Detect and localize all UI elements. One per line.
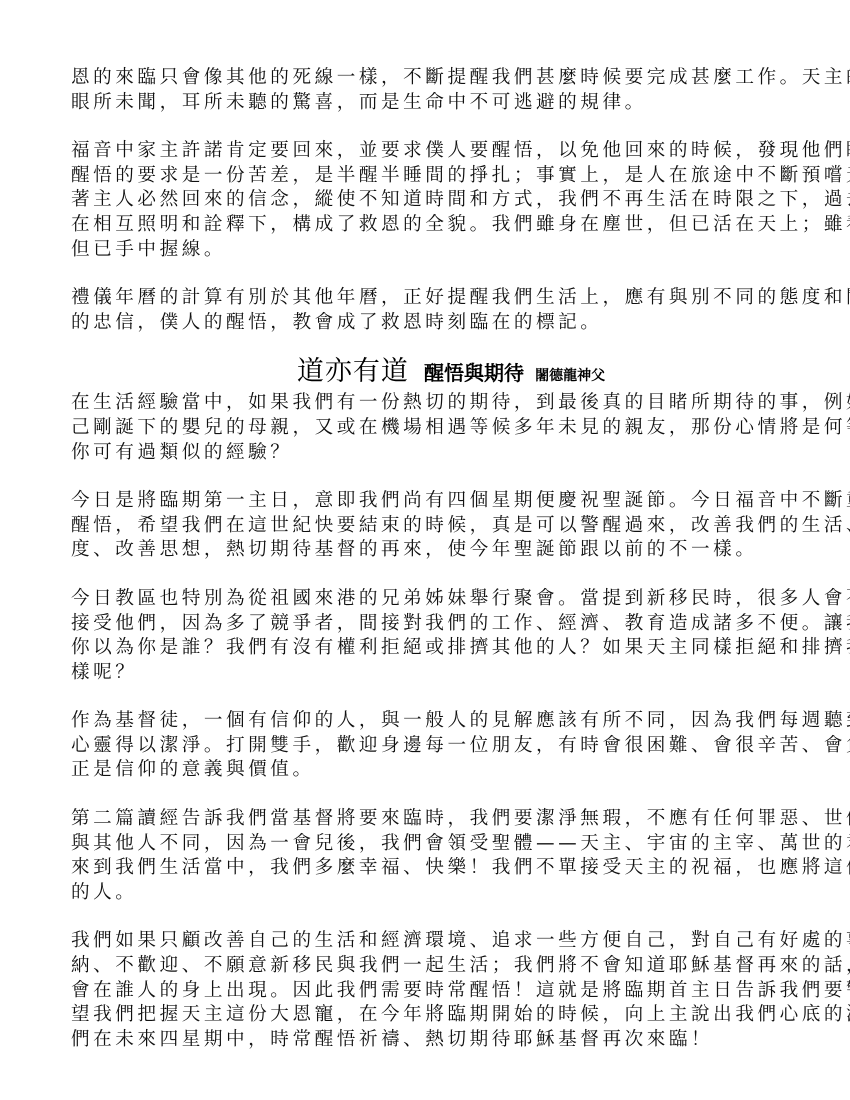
text-line: 的人。 — [71, 881, 791, 906]
article-paragraph-3: 今日教區也特別為從祖國來港的兄弟姊妹舉行聚會。當提到新移民時，很多人會不開心，不… — [71, 587, 791, 685]
text-line: 己剛誕下的嬰兒的母親，又或在機場相遇等候多年未見的親友，那份心情將是何等的激動！… — [71, 416, 791, 441]
text-line: 度、改善思想，熱切期待基督的再來，使今年聖誕節跟以前的不一樣。 — [71, 538, 791, 563]
column-title: 道亦有道 — [297, 356, 409, 387]
text-line: 第二篇讀經告訴我們當基督將要來臨時，我們要潔淨無瑕，不應有任何罪惡、世俗的思想。… — [71, 807, 791, 832]
article-paragraph-4: 作為基督徒，一個有信仰的人，與一般人的見解應該有所不同，因為我們每週聽到天主的說… — [71, 709, 791, 783]
text-line: 接受他們，因為多了競爭者，間接對我們的工作、經濟、教育造成諸多不便。讓我們撫心自… — [71, 612, 791, 637]
article-body: 在生活經驗當中，如果我們有一份熱切的期待，到最後真的目睹所期待的事，例如在產房目… — [71, 391, 791, 1052]
text-line: 著主人必然回來的信念，縱使不知道時間和方式，我們不再生活在時限之下，過去、現在和… — [71, 188, 791, 213]
intro-paragraph-3: 禮儀年曆的計算有別於其他年曆，正好提醒我們生活上，應有與別不同的態度和關注。因著… — [71, 286, 791, 335]
text-line: 心靈得以潔淨。打開雙手，歡迎身邊每一位朋友，有時會很困難、會很辛苦、會負擔很重，… — [71, 734, 791, 759]
text-line: 醒悟的要求是一份苦差，是半醒半睡間的掙扎；事實上，是人在旅途中不斷預嚐天國的圓滿… — [71, 164, 791, 189]
text-line: 來到我們生活當中，我們多麼幸福、快樂！我們不單接受天主的祝福，也應將這份祝福帶給… — [71, 856, 791, 881]
document-page: 恩的來臨只會像其他的死線一樣，不斷提醒我們甚麼時候要完成甚麼工作。天主的忠信，再… — [71, 66, 791, 1076]
text-line: 醒悟，希望我們在這世紀快要結束的時候，真是可以警醒過來，改善我們的生活、改善做人… — [71, 514, 791, 539]
text-line: 禮儀年曆的計算有別於其他年曆，正好提醒我們生活上，應有與別不同的態度和關注。因著… — [71, 286, 791, 311]
text-line: 恩的來臨只會像其他的死線一樣，不斷提醒我們甚麼時候要完成甚麼工作。天主的忠信，再… — [71, 66, 791, 91]
text-line: 福音中家主許諾肯定要回來，並要求僕人要醒悟，以免他回來的時候，發現他們睡覺。表面… — [71, 139, 791, 164]
text-line: 納、不歡迎、不願意新移民與我們一起生活；我們將不會知道耶穌基督再來的話，祂會在何… — [71, 954, 791, 979]
text-line: 會在誰人的身上出現。因此我們需要時常醒悟！這就是將臨期首主日告訴我們要警醒的原因… — [71, 979, 791, 1004]
text-line: 在生活經驗當中，如果我們有一份熱切的期待，到最後真的目睹所期待的事，例如在產房目… — [71, 391, 791, 416]
intro-paragraph-2: 福音中家主許諾肯定要回來，並要求僕人要醒悟，以免他回來的時候，發現他們睡覺。表面… — [71, 139, 791, 262]
text-line: 眼所未聞，耳所未聽的驚喜，而是生命中不可逃避的規律。 — [71, 91, 791, 116]
text-line: 望我們把握天主這份大恩寵，在今年將臨期開始的時候，向上主說出我們心底的渴求，求主… — [71, 1003, 791, 1028]
text-line: 們在未來四星期中，時常醒悟祈禱、熱切期待耶穌基督再次來臨！ — [71, 1028, 791, 1053]
text-line: 今日教區也特別為從祖國來港的兄弟姊妹舉行聚會。當提到新移民時，很多人會不開心，不… — [71, 587, 791, 612]
text-line: 樣呢？ — [71, 661, 791, 686]
text-line: 但已手中握線。 — [71, 238, 791, 263]
text-line: 作為基督徒，一個有信仰的人，與一般人的見解應該有所不同，因為我們每週聽到天主的說… — [71, 709, 791, 734]
article-title: 醒悟與期待 — [424, 361, 524, 385]
article-heading: 道亦有道 醒悟與期待 闍德龍神父 — [71, 355, 791, 389]
article-paragraph-1: 在生活經驗當中，如果我們有一份熱切的期待，到最後真的目睹所期待的事，例如在產房目… — [71, 391, 791, 465]
intro-paragraph-1: 恩的來臨只會像其他的死線一樣，不斷提醒我們甚麼時候要完成甚麼工作。天主的忠信，再… — [71, 66, 791, 115]
text-line: 今日是將臨期第一主日，意即我們尚有四個星期便慶祝聖誕節。今日福音中不斷重複告訴我… — [71, 489, 791, 514]
text-line: 你可有過類似的經驗？ — [71, 441, 791, 466]
text-line: 你以為你是誰？我們有沒有權利拒絕或排擠其他的人？如果天主同樣拒絕和排擠我們，我們… — [71, 636, 791, 661]
text-line: 我們如果只顧改善自己的生活和經濟環境、追求一些方便自己，對自己有好處的事物，卻不… — [71, 929, 791, 954]
article-paragraph-2: 今日是將臨期第一主日，意即我們尚有四個星期便慶祝聖誕節。今日福音中不斷重複告訴我… — [71, 489, 791, 563]
article-paragraph-5: 第二篇讀經告訴我們當基督將要來臨時，我們要潔淨無瑕，不應有任何罪惡、世俗的思想。… — [71, 807, 791, 905]
text-line: 與其他人不同，因為一會兒後，我們會領受聖體——天主、宇宙的主宰、萬世的君王。天主… — [71, 832, 791, 857]
text-line: 在相互照明和詮釋下，構成了救恩的全貌。我們雖身在塵世，但已活在天上；雖看不到那風… — [71, 213, 791, 238]
text-line: 的忠信，僕人的醒悟，教會成了救恩時刻臨在的標記。 — [71, 311, 791, 336]
text-line: 正是信仰的意義與價值。 — [71, 758, 791, 783]
article-author: 闍德龍神父 — [535, 368, 605, 384]
article-paragraph-6: 我們如果只顧改善自己的生活和經濟環境、追求一些方便自己，對自己有好處的事物，卻不… — [71, 929, 791, 1052]
